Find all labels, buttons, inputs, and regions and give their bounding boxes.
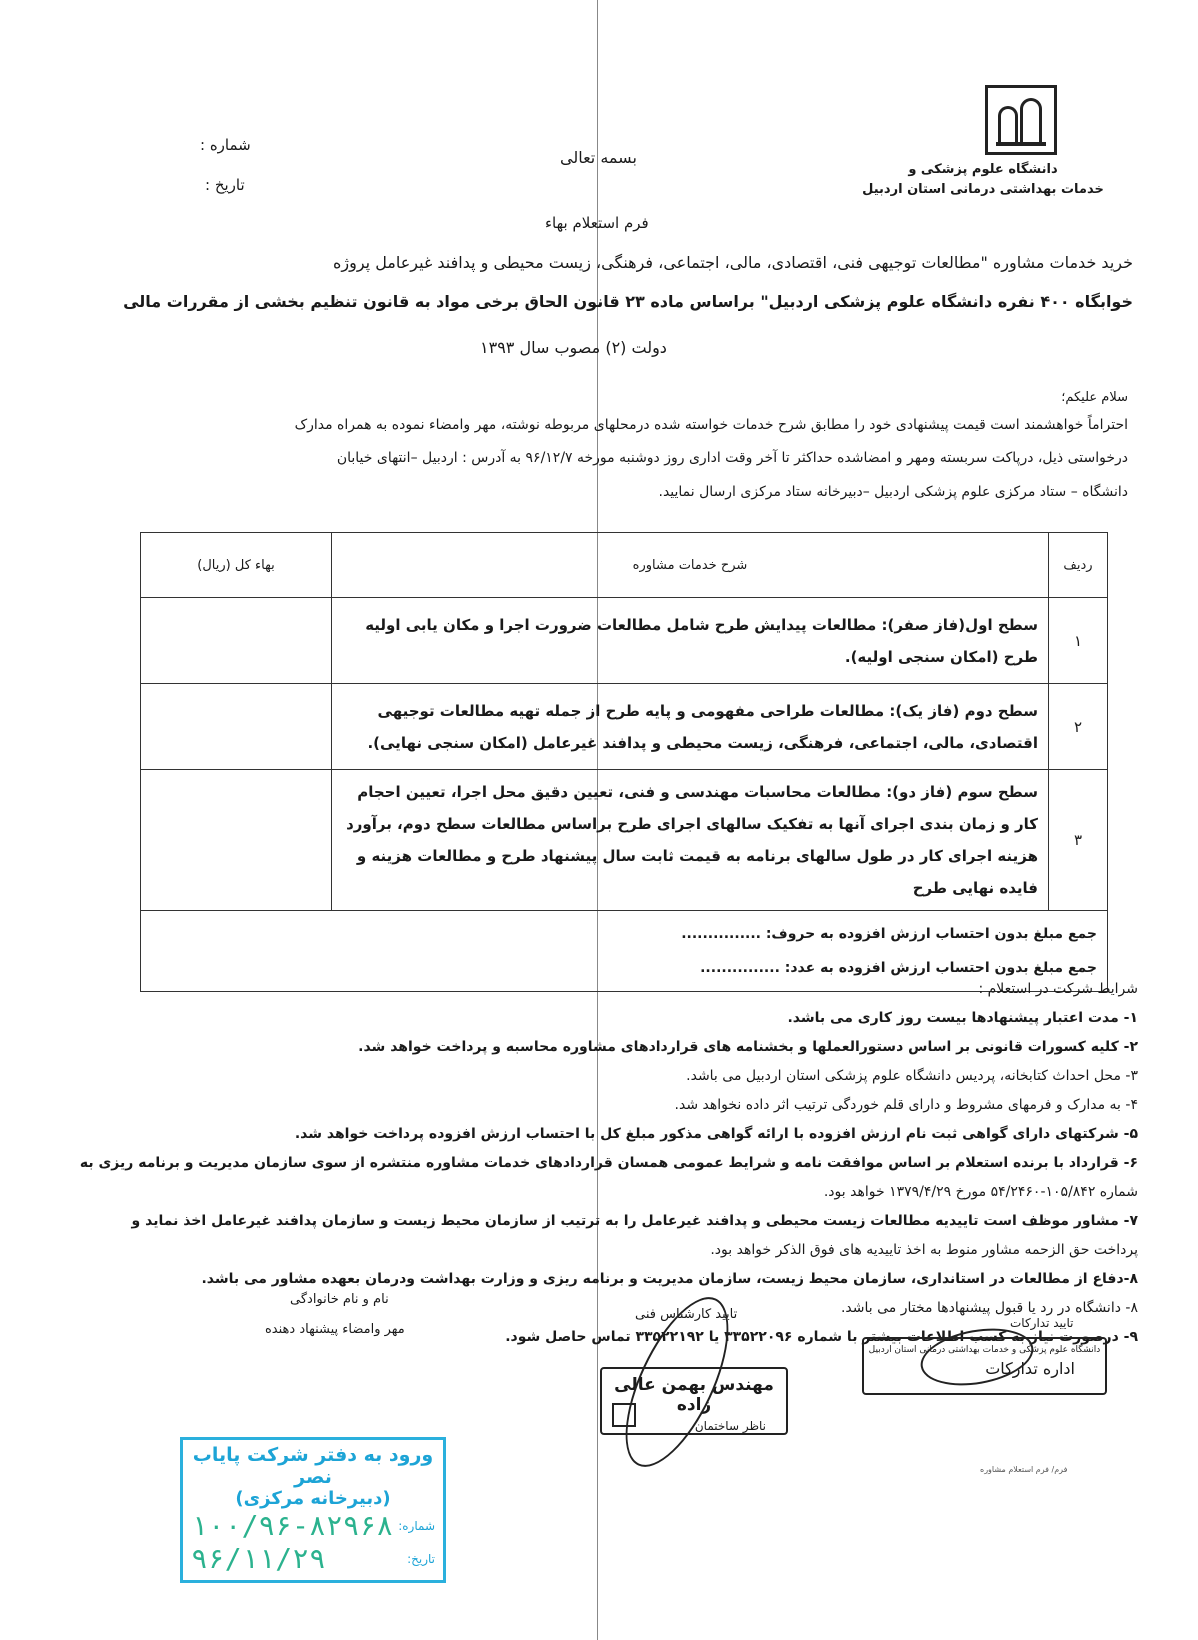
conditions-list: شرایط شرکت در استعلام : ۱- مدت اعتبار پی…: [98, 975, 1138, 1352]
entry-date-value: ۹۶/۱۱/۲۹: [191, 1542, 326, 1575]
header-description: شرح خدمات مشاوره: [332, 533, 1049, 598]
row-price-field[interactable]: [141, 770, 332, 911]
letter-line3: دانشگاه – ستاد مرکزی علوم پزشکی اردبیل –…: [659, 482, 1129, 502]
finance-approval-label: تایید تدارکات: [1010, 1313, 1074, 1333]
condition-item: ۱- مدت اعتبار پیشنهادها بیست روز کاری می…: [98, 1004, 1138, 1033]
entry-stamp-line2: (دبیرخانه مرکزی): [183, 1488, 443, 1509]
row-no: ۱: [1049, 598, 1108, 684]
row-no: ۲: [1049, 684, 1108, 770]
table-row: ۲ سطح دوم (فاز یک): مطالعات طراحی مفهومی…: [141, 684, 1108, 770]
university-line2: خدمات بهداشتی درمانی استان اردبیل: [853, 180, 1113, 200]
form-footer: فرم/ فرم استعلام مشاوره: [980, 1460, 1067, 1480]
entry-number-label: شماره:: [398, 1519, 435, 1533]
services-table: ردیف شرح خدمات مشاوره بهاء کل (ریال) ۱ س…: [140, 532, 1108, 992]
condition-item: پرداخت حق الزحمه مشاور منوط به اخذ تایید…: [98, 1236, 1138, 1265]
table-row: ۱ سطح اول(فاز صفر): مطالعات پیدایش طرح ش…: [141, 598, 1108, 684]
condition-item: ۳- محل احداث کتابخانه، پردیس دانشگاه علو…: [98, 1062, 1138, 1091]
university-name: دانشگاه علوم پزشکی و خدمات بهداشتی درمان…: [853, 160, 1113, 200]
entry-stamp-line1: ورود به دفتر شرکت پایاب نصر: [183, 1444, 443, 1488]
condition-item: ۴- به مدارک و فرمهای مشروط و دارای قلم خ…: [98, 1091, 1138, 1120]
condition-item: شماره ۱۰۵/۸۴۲-۵۴/۲۴۶۰ مورخ ۱۳۷۹/۴/۲۹ خوا…: [98, 1178, 1138, 1207]
table-row: ۳ سطح سوم (فاز دو): مطالعات محاسبات مهند…: [141, 770, 1108, 911]
row-price-field[interactable]: [141, 684, 332, 770]
subject-line3: دولت (۲) مصوب سال ۱۳۹۳: [480, 338, 667, 358]
document-page: دانشگاه علوم پزشکی و خدمات بهداشتی درمان…: [0, 0, 1198, 1640]
entry-number-value: ۱۰۰/۹۶-۸۲۹۶۸: [191, 1509, 393, 1542]
subject-line2: خوابگاه ۴۰۰ نفره دانشگاه علوم پزشکی اردب…: [123, 292, 1133, 312]
letter-line1: احتراماً خواهشمند است قیمت پیشنهادی خود …: [295, 415, 1128, 435]
header-row-no: ردیف: [1049, 533, 1108, 598]
row-description: سطح سوم (فاز دو): مطالعات محاسبات مهندسی…: [332, 770, 1049, 911]
header-total-price: بهاء کل (ریال): [141, 533, 332, 598]
university-line1: دانشگاه علوم پزشکی و: [853, 160, 1113, 180]
condition-item: ۸- دانشگاه در رد یا قبول پیشنهادها مختار…: [98, 1294, 1138, 1323]
condition-item: ۸-دفاع از مطالعات در استانداری، سازمان م…: [98, 1265, 1138, 1294]
condition-item: ۲- کلیه کسورات قانونی بر اساس دستورالعمل…: [98, 1033, 1138, 1062]
bidder-sign-label: مهر وامضاء پیشنهاد دهنده: [265, 1320, 405, 1340]
condition-item: ۶- قرارداد با برنده استعلام بر اساس مواف…: [98, 1149, 1138, 1178]
total-in-words[interactable]: جمع مبلغ بدون احتساب ارزش افزوده به حروف…: [151, 917, 1097, 951]
letter-line2: درخواستی ذیل، درپاکت سربسته ومهر و امضاش…: [337, 448, 1128, 468]
row-no: ۳: [1049, 770, 1108, 911]
greeting: سلام علیکم؛: [1061, 388, 1128, 408]
form-title: فرم استعلام بهاء: [545, 213, 649, 233]
university-logo-icon: [985, 85, 1057, 155]
invocation: بسمه تعالی: [560, 148, 637, 168]
bidder-name-label: نام و نام خانوادگی: [290, 1290, 389, 1310]
entry-stamp: ورود به دفتر شرکت پایاب نصر (دبیرخانه مر…: [180, 1437, 446, 1583]
conditions-title: شرایط شرکت در استعلام :: [98, 975, 1138, 1004]
subject-line1: خرید خدمات مشاوره "مطالعات توجیهی فنی، ا…: [333, 253, 1133, 273]
row-price-field[interactable]: [141, 598, 332, 684]
row-description: سطح دوم (فاز یک): مطالعات طراحی مفهومی و…: [332, 684, 1049, 770]
number-label: شماره :: [200, 135, 251, 155]
row-description: سطح اول(فاز صفر): مطالعات پیدایش طرح شام…: [332, 598, 1049, 684]
condition-item: ۵- شرکتهای دارای گواهی ثبت نام ارزش افزو…: [98, 1120, 1138, 1149]
condition-item: ۷- مشاور موظف است تاییدیه مطالعات زیست م…: [98, 1207, 1138, 1236]
entry-date-label: تاریخ:: [407, 1552, 435, 1566]
date-label: تاریخ :: [205, 175, 245, 195]
table-header-row: ردیف شرح خدمات مشاوره بهاء کل (ریال): [141, 533, 1108, 598]
